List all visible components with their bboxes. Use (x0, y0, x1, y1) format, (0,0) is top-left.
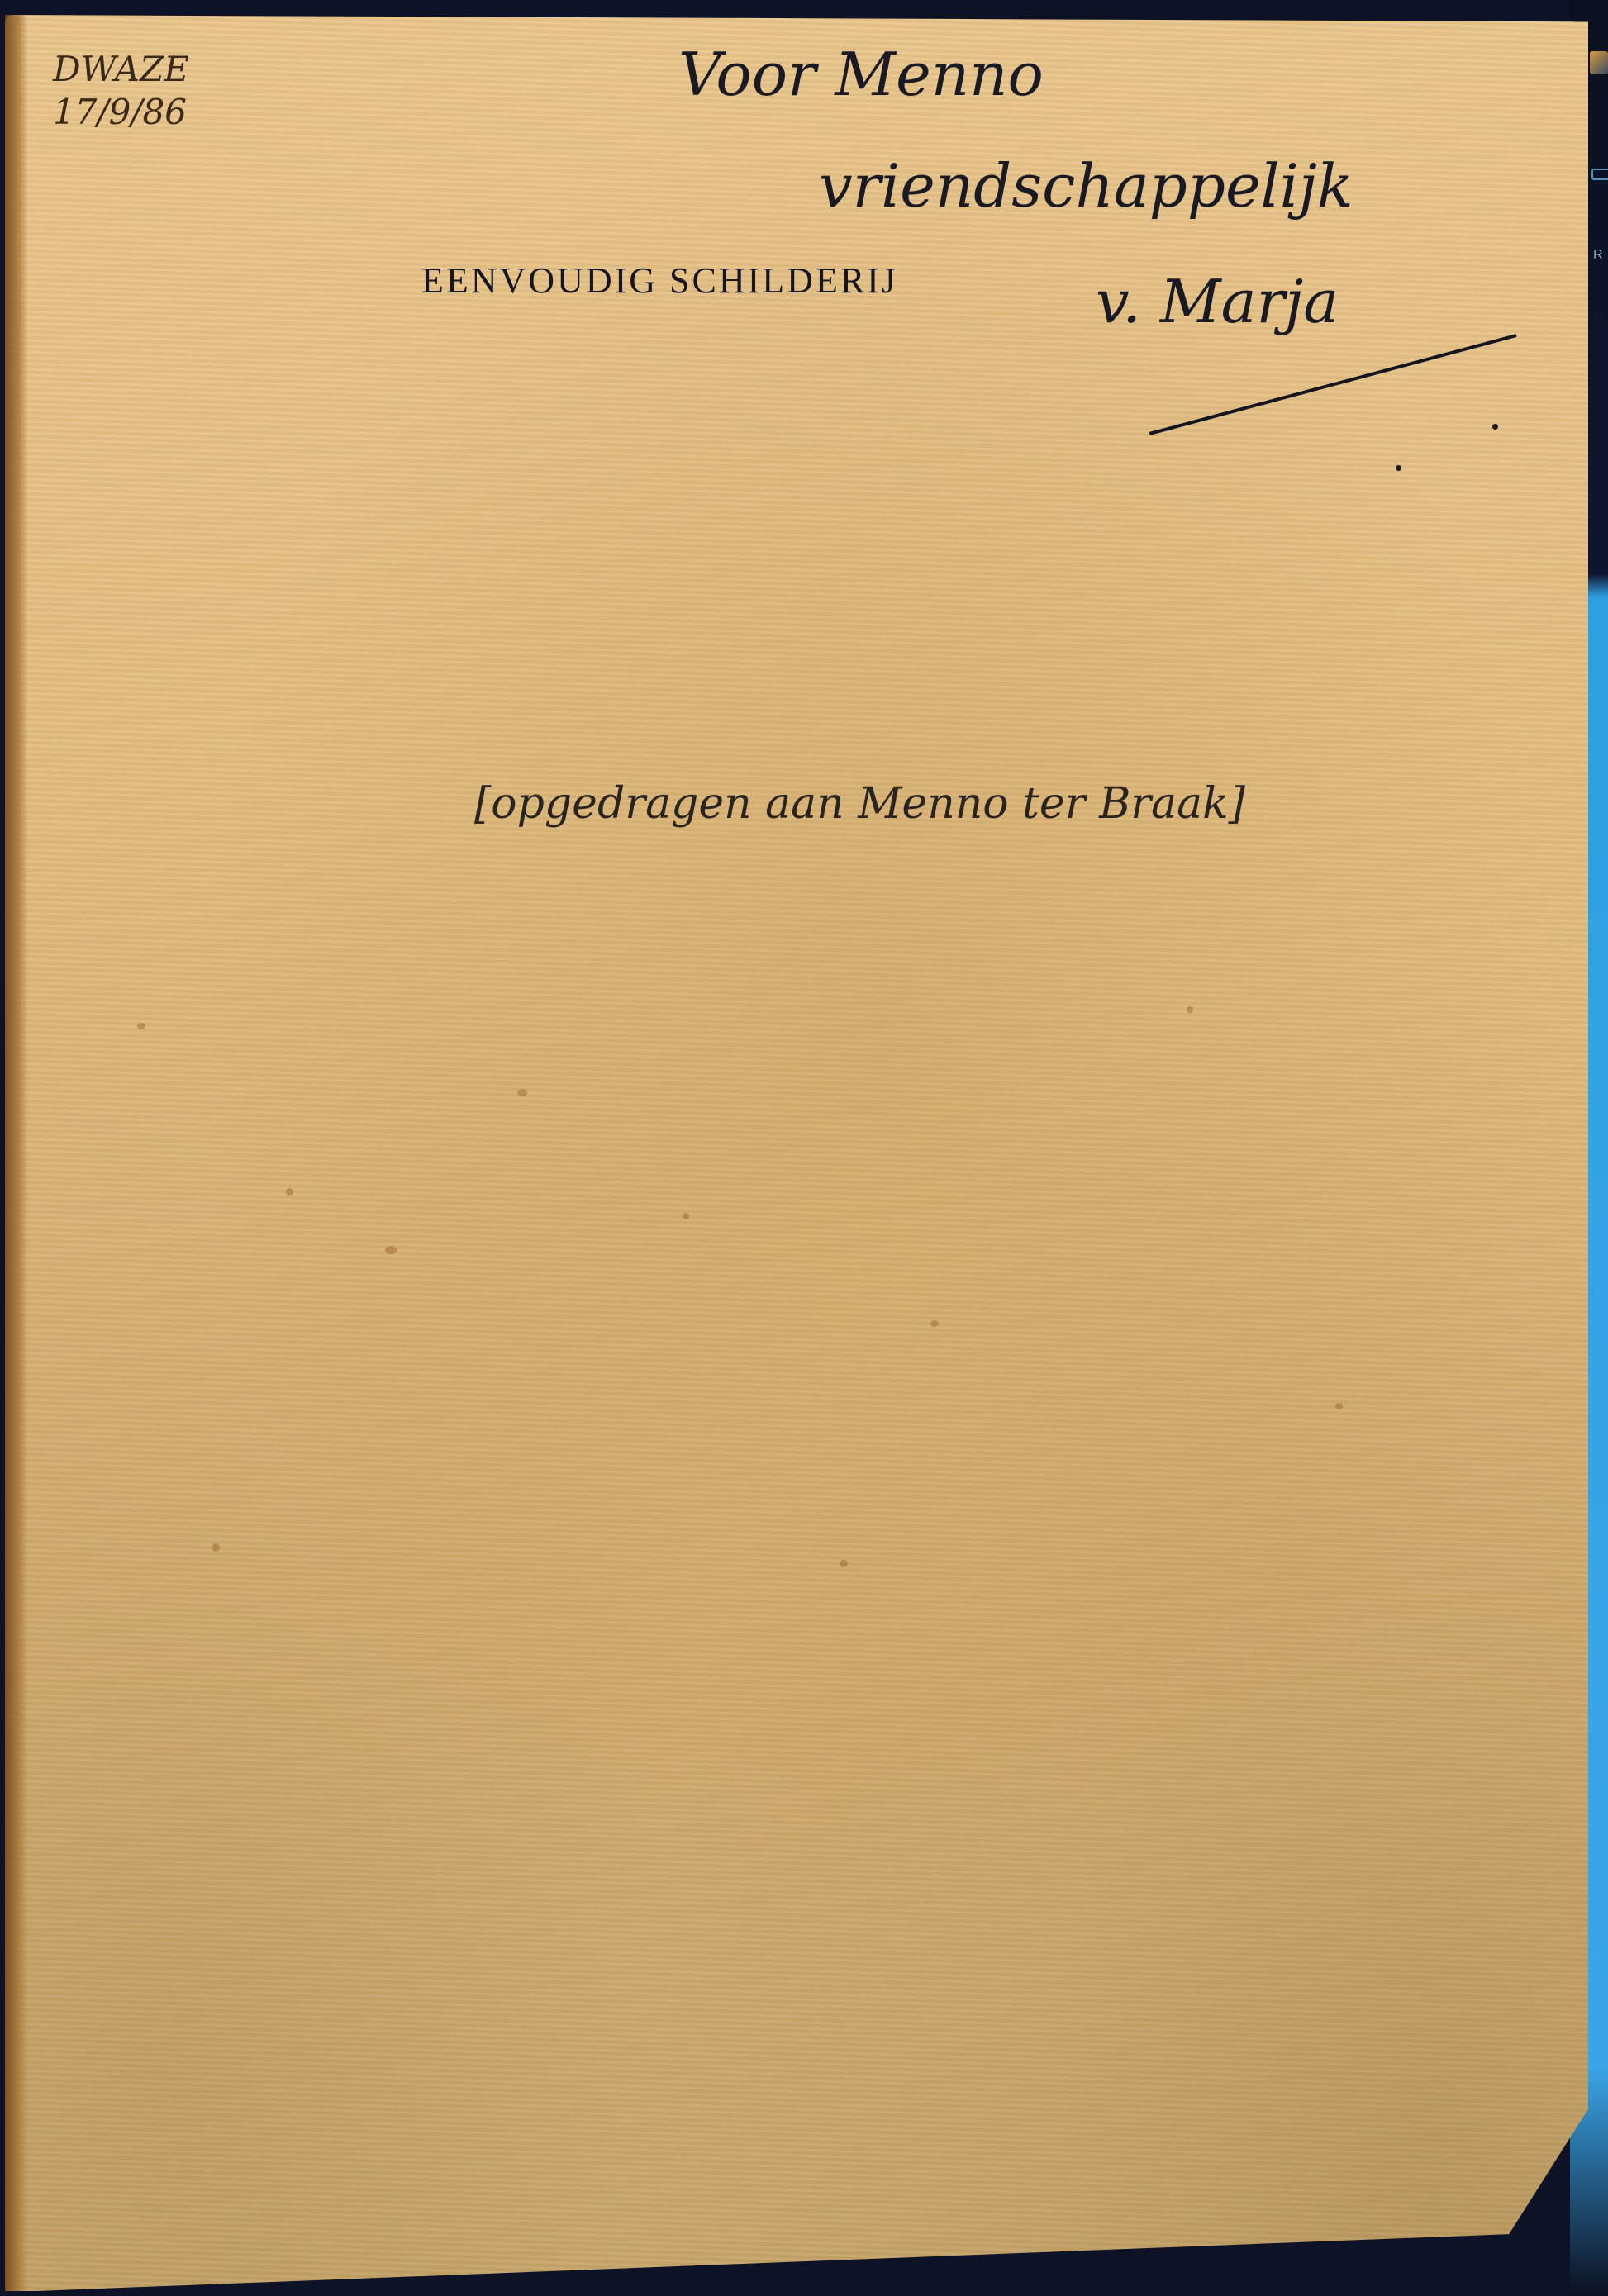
foxing-spot (212, 1543, 220, 1552)
signature-underline (1149, 334, 1516, 435)
ink-dot (1492, 424, 1498, 430)
spine-edge (5, 15, 28, 2291)
foxing-spot (137, 1023, 145, 1029)
dedication-note: [opgedragen aan Menno ter Braak] (474, 779, 1245, 829)
foxing-spot (1187, 1006, 1193, 1013)
inscription-signature: v. Marja (1096, 267, 1339, 336)
inscription-line-1: Voor Menno (678, 40, 1044, 109)
background-button-icon (1591, 169, 1608, 180)
foxing-spot (517, 1089, 527, 1096)
ink-dot (1396, 465, 1401, 471)
foxing-spot (930, 1320, 939, 1327)
note-line-1: DWAZE (53, 48, 189, 91)
note-line-2: 17/9/86 (53, 91, 189, 134)
book-cover: DWAZE 17/9/86 EENVOUDIG SCHILDERIJ Voor … (5, 15, 1588, 2291)
foxing-spot (840, 1560, 848, 1567)
background-letter: R (1593, 248, 1603, 263)
background-app-icon (1590, 51, 1608, 74)
inscription-line-2: vriendschappelijk (819, 151, 1353, 221)
foxing-spot (286, 1188, 293, 1196)
foxing-spot (683, 1213, 689, 1219)
handwritten-note-top-left: DWAZE 17/9/86 (53, 48, 189, 134)
book-title: EENVOUDIG SCHILDERIJ (421, 259, 898, 302)
foxing-spot (1335, 1403, 1343, 1409)
foxing-spot (385, 1246, 397, 1254)
